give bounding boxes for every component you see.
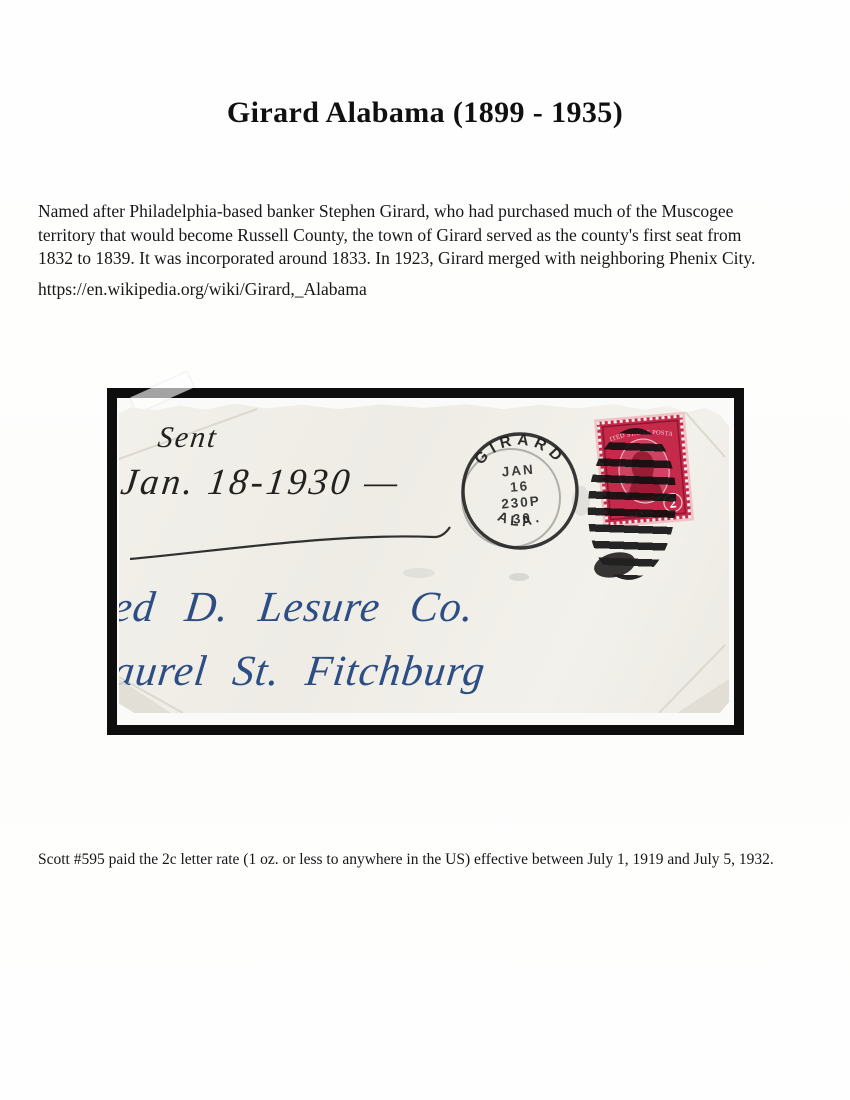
docket-note-word: Sent	[156, 421, 220, 455]
exhibit-page: Girard Alabama (1899 - 1935) Named after…	[0, 0, 850, 1100]
postmark-day: 16	[509, 478, 529, 495]
paragraph-line: territory that would become Russell Coun…	[38, 224, 755, 248]
postmark-time: 230P	[501, 493, 542, 511]
wikipedia-url: https://en.wikipedia.org/wiki/Girard,_Al…	[38, 279, 367, 300]
docket-note-date: Jan. 18-1930 —	[118, 461, 403, 504]
rate-caption: Scott #595 paid the 2c letter rate (1 oz…	[38, 851, 774, 869]
girard-postmark: GIRARD ALA. JAN 16 230P 30	[462, 431, 577, 548]
paragraph-line: 1832 to 1839. It was incorporated around…	[38, 247, 755, 271]
address-line-1: ed D. Lesure Co.	[110, 583, 477, 632]
intro-paragraph: Named after Philadelphia-based banker St…	[38, 200, 755, 271]
photo-corner	[119, 679, 171, 713]
smudge	[509, 573, 529, 581]
crease-line	[679, 405, 725, 457]
underline-flourish	[130, 527, 450, 559]
photo-corner	[677, 679, 729, 713]
exhibit-mat: GIRARD ALA. JAN 16 230P 30 Sent Jan. 18-…	[107, 388, 744, 735]
page-title: Girard Alabama (1899 - 1935)	[0, 96, 850, 130]
postmark-year: 30	[512, 510, 532, 527]
paragraph-line: Named after Philadelphia-based banker St…	[38, 200, 755, 224]
smudge	[403, 568, 435, 578]
postal-cover: GIRARD ALA. JAN 16 230P 30 Sent Jan. 18-…	[119, 401, 729, 713]
postmark-month: JAN	[501, 462, 535, 480]
